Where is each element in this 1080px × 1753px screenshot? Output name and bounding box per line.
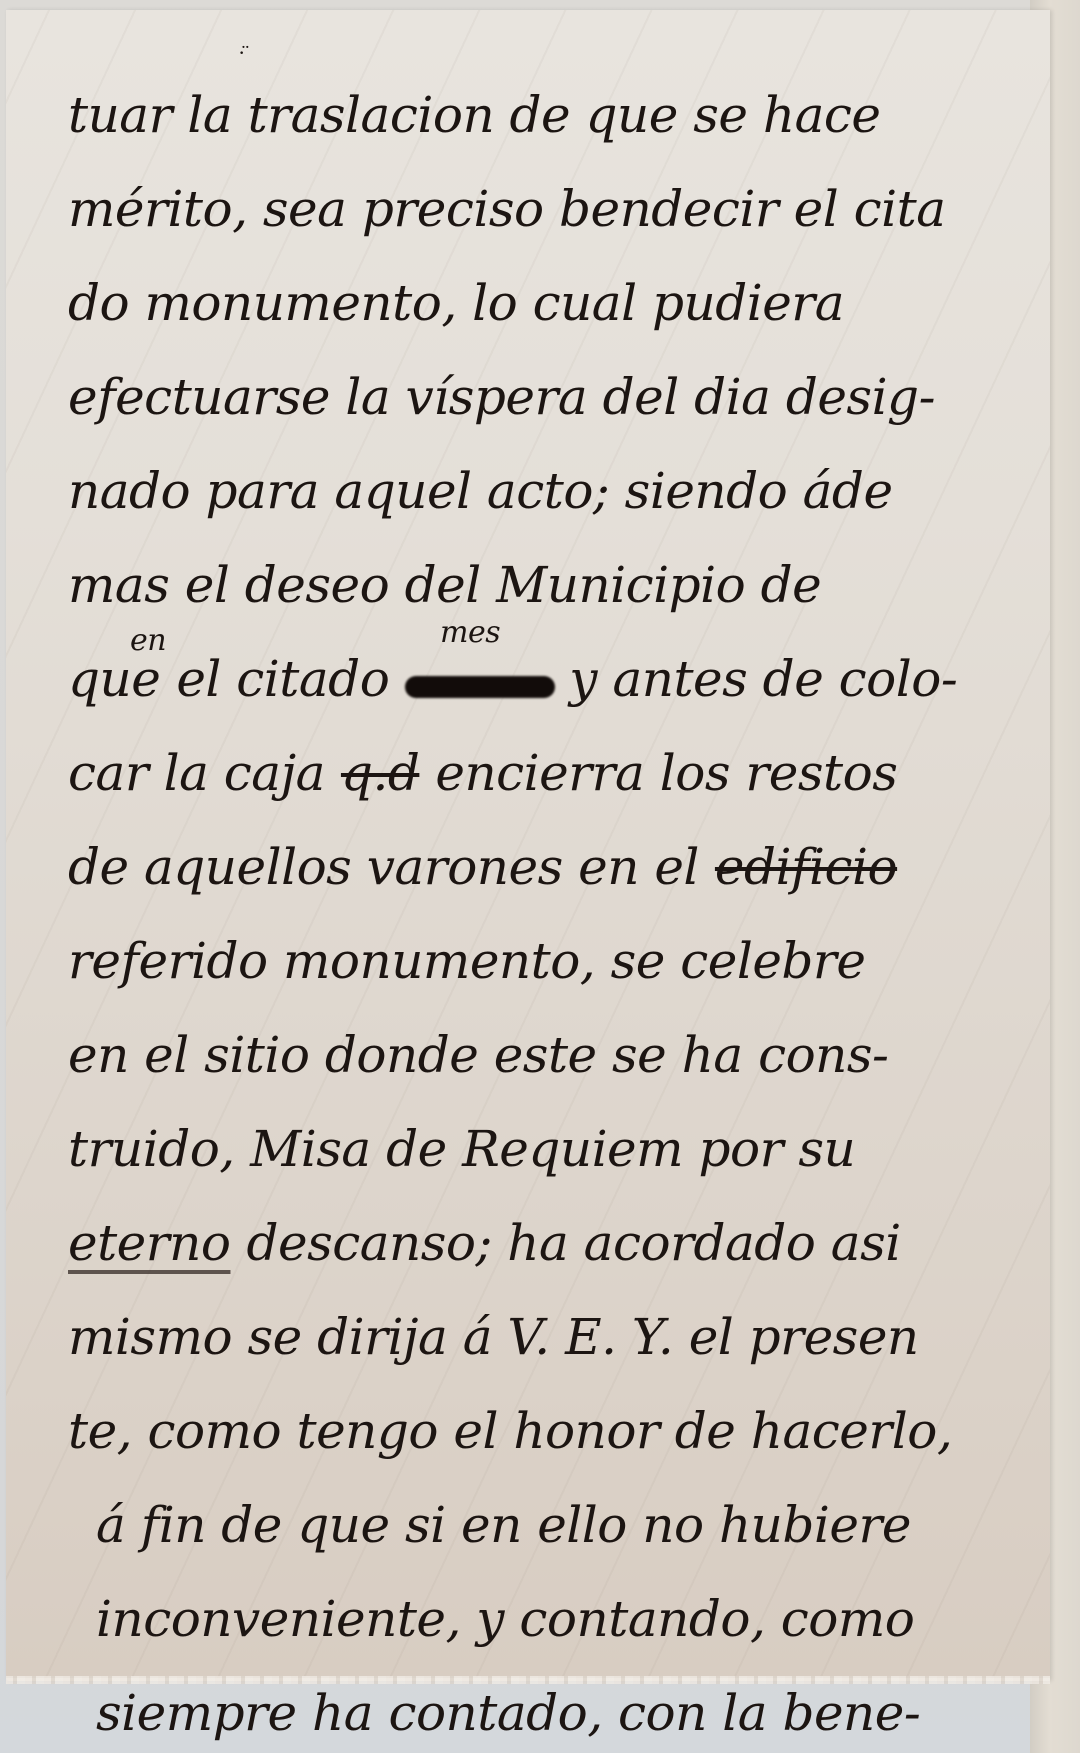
line-9-part-a: de aquellos varones en el [68, 838, 699, 896]
line-13-part-b: descanso; ha acordado asi [246, 1214, 900, 1272]
line-8: car la cajaq.dencierra los restos [68, 726, 1028, 820]
line-8-part-b: encierra los restos [435, 744, 897, 802]
dot-mark: ·̈ [238, 40, 245, 66]
line-3: do monumento, lo cual pudiera [68, 256, 1028, 350]
line-17: inconveniente, y contando, como [68, 1572, 1028, 1666]
line-13: eternodescanso; ha acordado asi [68, 1196, 1028, 1290]
line-11: en el sitio donde este se ha cons- [68, 1008, 1028, 1102]
line-8-part-a: car la caja [68, 744, 325, 802]
line-16: á fin de que si en ello no hubiere [68, 1478, 1028, 1572]
line-10: referido monumento, se celebre [68, 914, 1028, 1008]
underlined-word: eterno [68, 1214, 230, 1272]
line-2: mérito, sea preciso bendecir el cita [68, 162, 1028, 256]
line-6: mas el deseo del Municipio de [68, 538, 1028, 632]
line-7: en mes queel citadoy antes de colo- [68, 632, 1028, 726]
line-7-part-b: el citado [176, 650, 389, 708]
line-12: truido, Misa de Requiem por su [68, 1102, 1028, 1196]
photo-scene: ·̈ tuar la traslacion de que se hace mér… [0, 0, 1080, 1753]
struck-word: edificio [715, 838, 897, 896]
line-7-part-a: que [68, 650, 160, 708]
line-5: nado para aquel acto; siendo áde [68, 444, 1028, 538]
manuscript-text: tuar la traslacion de que se hace mérito… [68, 68, 1028, 1753]
line-15: te, como tengo el honor de hacerlo, [68, 1384, 1028, 1478]
struck-word: q.d [341, 744, 419, 802]
line-9: de aquellos varones en eledificio [68, 820, 1028, 914]
line-18: siempre ha contado, con la bene- [68, 1666, 1028, 1753]
line-4: efectuarse la víspera del dia desig- [68, 350, 1028, 444]
line-7-part-c: y antes de colo- [569, 650, 957, 708]
line-14: mismo se dirija á V. E. Y. el presen [68, 1290, 1028, 1384]
line-1: tuar la traslacion de que se hace [68, 68, 1028, 162]
correction-above: mes [440, 618, 500, 648]
manuscript-page: ·̈ tuar la traslacion de que se hace mér… [6, 10, 1050, 1681]
insertion-above: en [130, 626, 166, 656]
ink-blot-deletion [405, 676, 555, 698]
